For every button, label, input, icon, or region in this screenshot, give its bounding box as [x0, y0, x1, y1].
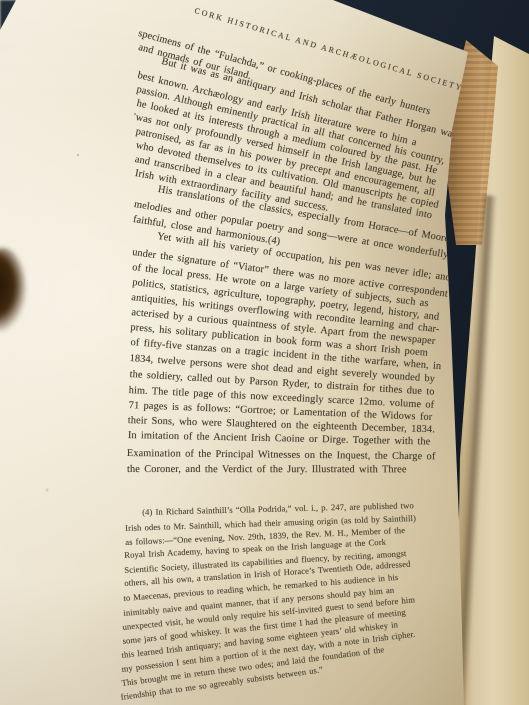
text-line: Examination of the Principal Witnesses o… — [127, 448, 436, 462]
text-line: the Coroner, and the Verdict of the Jury… — [127, 464, 407, 475]
book-photo: CORK HISTORICAL AND ARCHÆOLOGICAL SOCIET… — [0, 0, 529, 705]
book-page: CORK HISTORICAL AND ARCHÆOLOGICAL SOCIET… — [0, 0, 529, 705]
